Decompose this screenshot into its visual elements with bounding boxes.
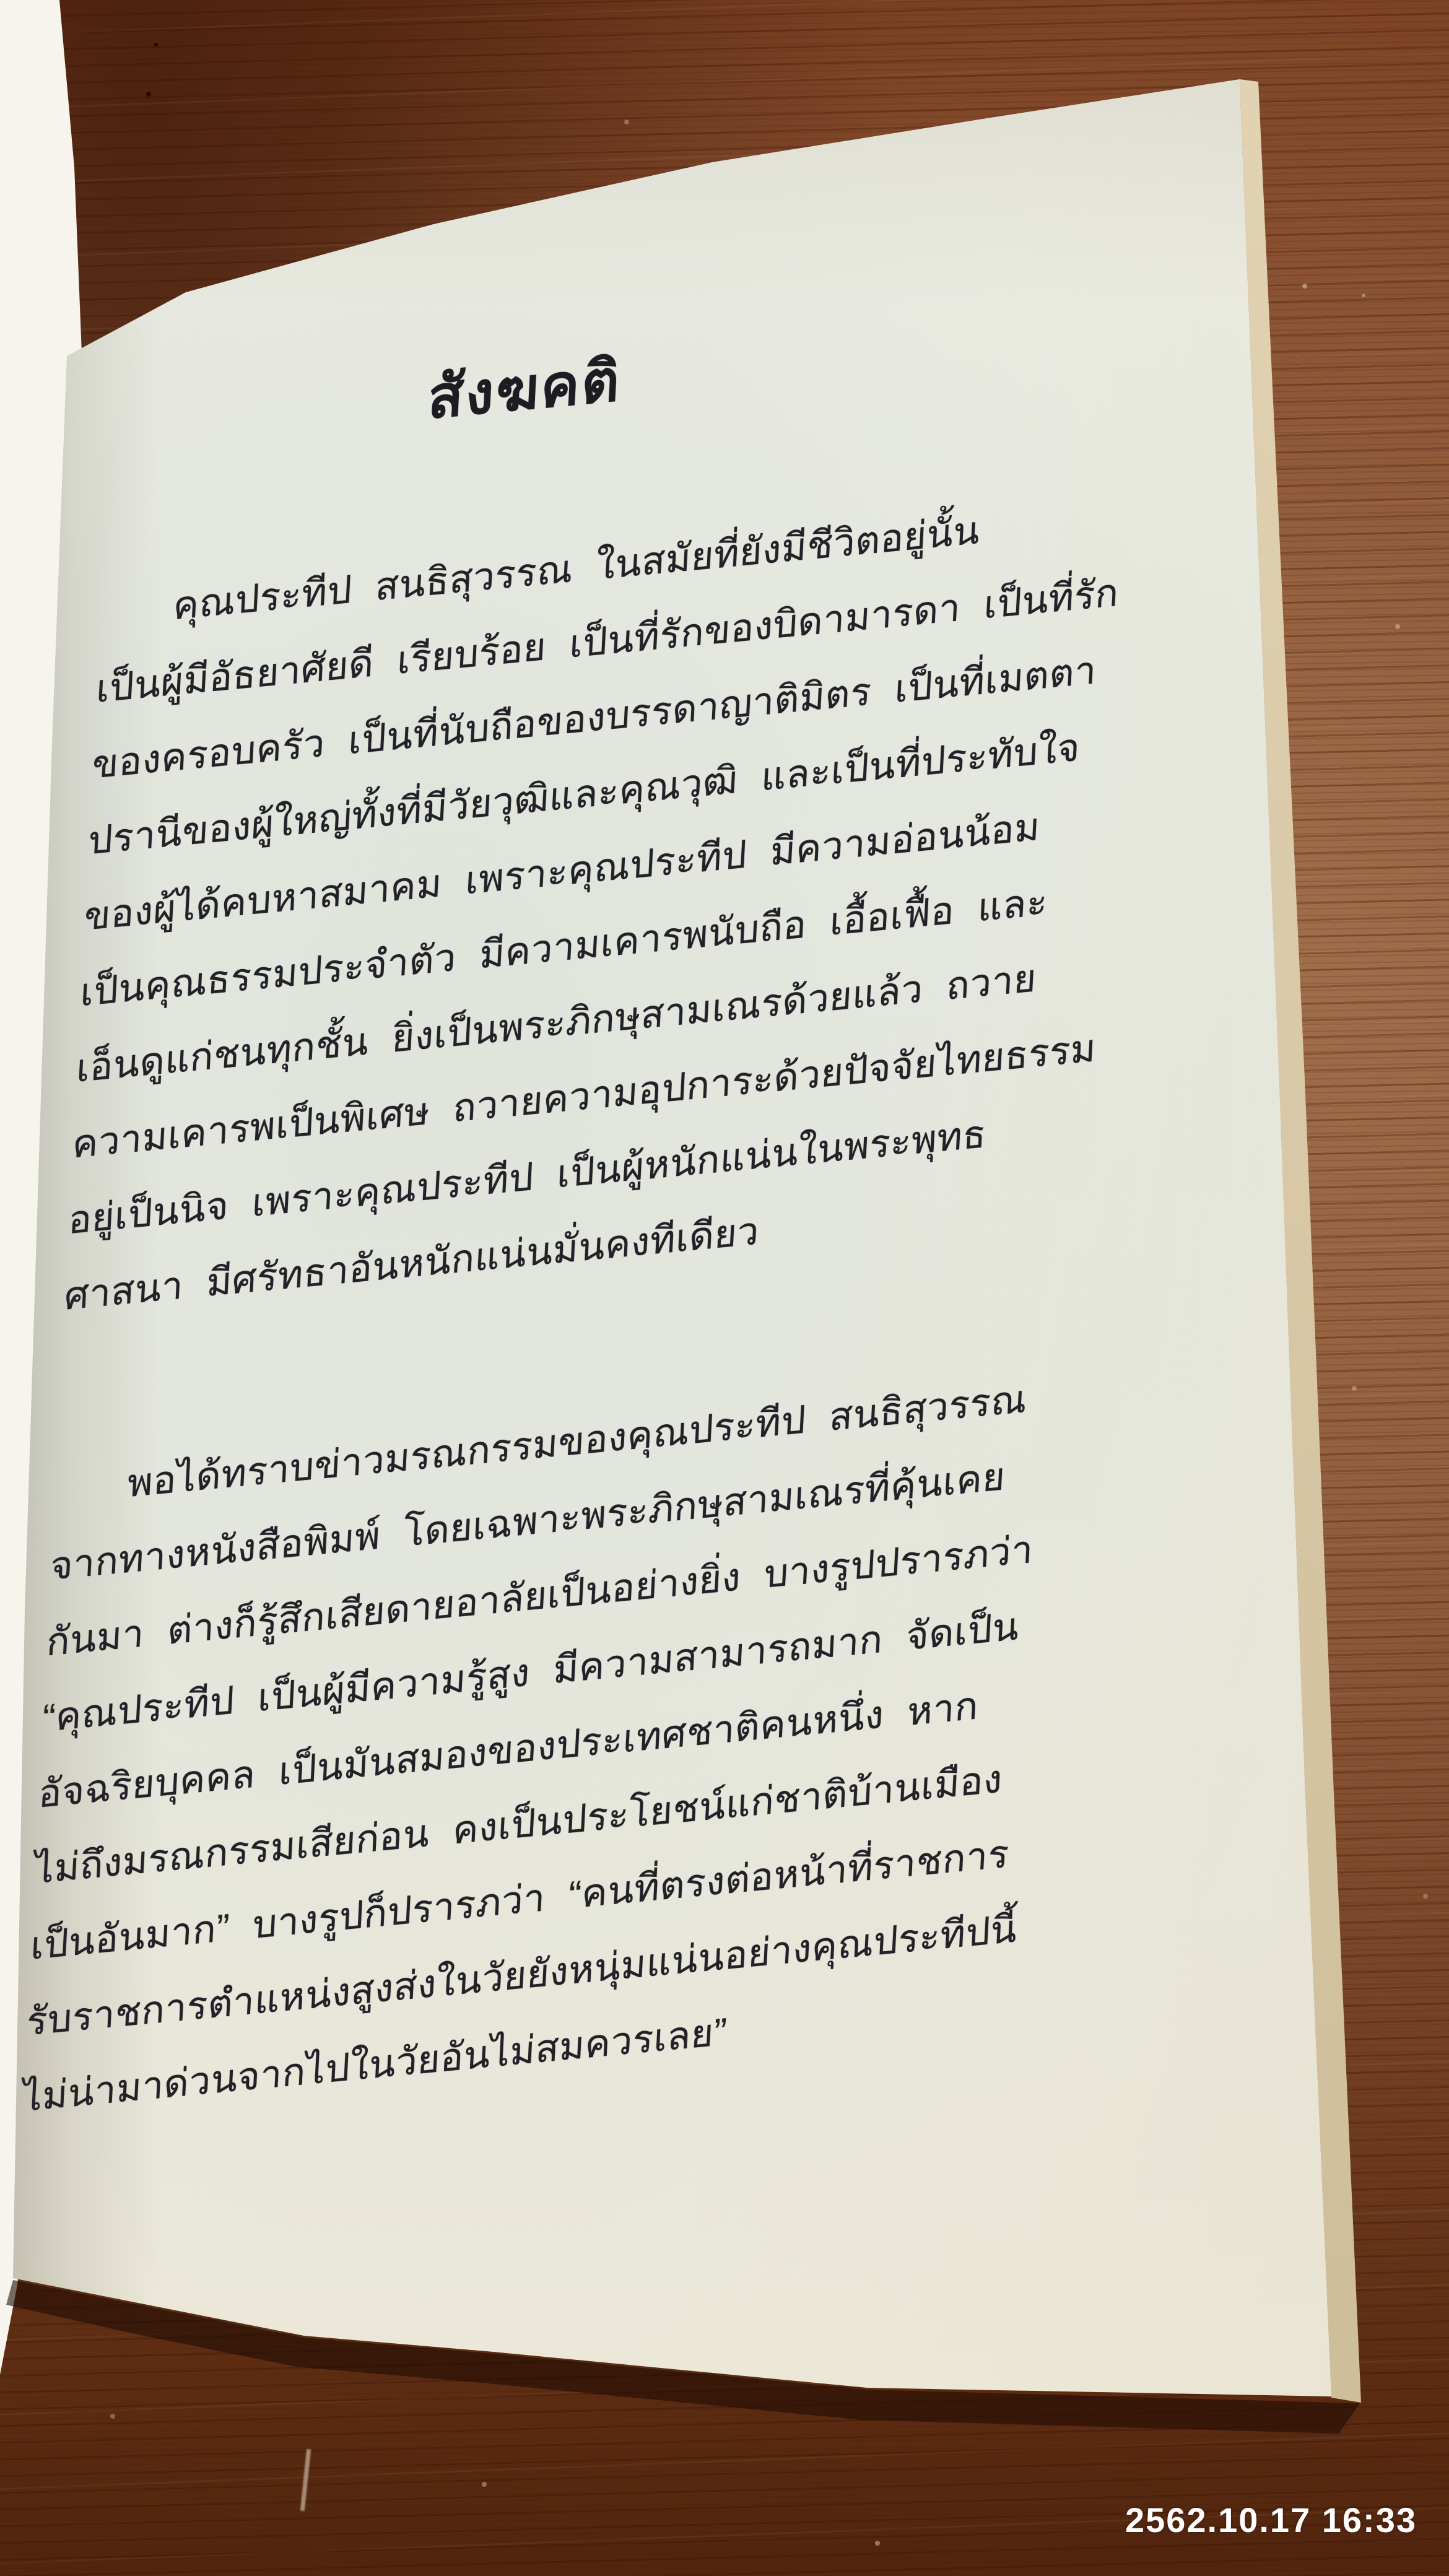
camera-timestamp: 2562.10.17 16:33 xyxy=(1125,2500,1417,2540)
paragraph-2: พอได้ทราบข่าวมรณกรรมของคุณประทีป สนธิสุว… xyxy=(21,1357,1073,2136)
paragraph-1: คุณประทีป สนธิสุวรรณ ในสมัยที่ยังมีชีวิต… xyxy=(63,480,1118,1335)
book-page-photo: สังฆคติ คุณประทีป สนธิสุวรรณ ในสมัยที่ยั… xyxy=(0,0,1449,2576)
page-text-block: สังฆคติ คุณประทีป สนธิสุวรรณ ในสมัยที่ยั… xyxy=(21,480,1118,2136)
book-page: สังฆคติ คุณประทีป สนธิสุวรรณ ในสมัยที่ยั… xyxy=(0,0,1449,2576)
